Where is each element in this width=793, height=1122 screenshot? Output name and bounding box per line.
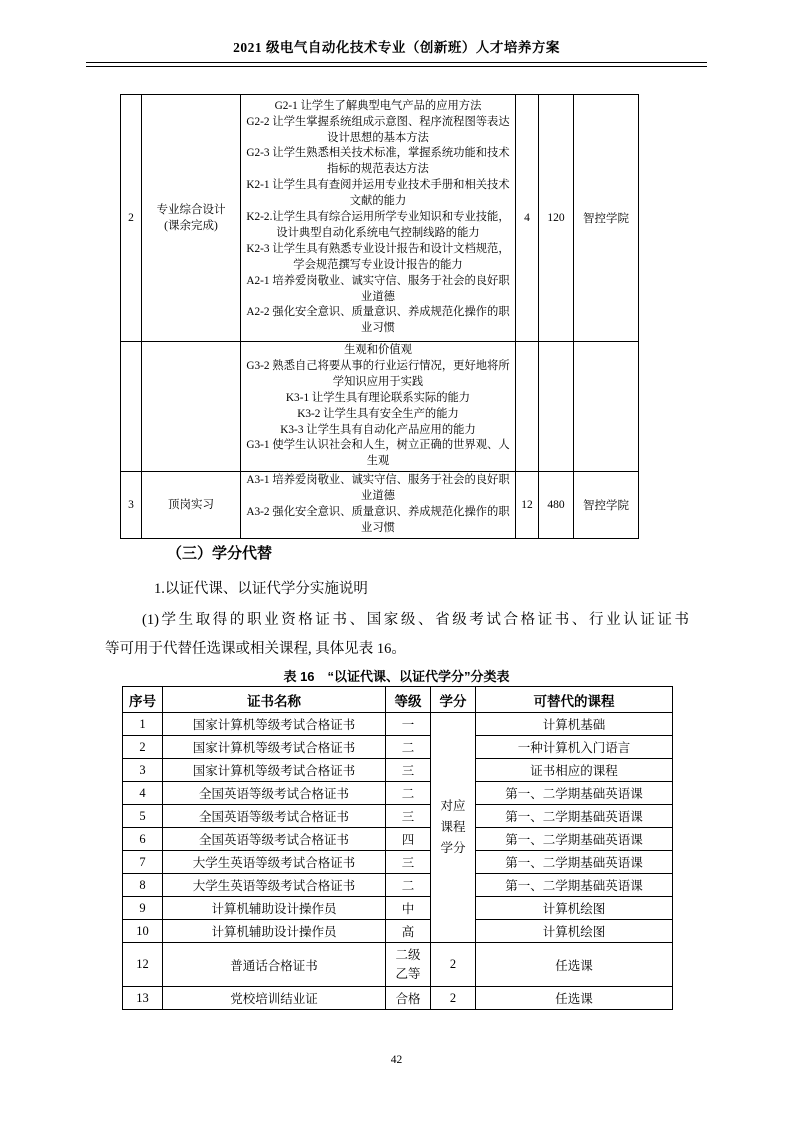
cert-no: 8 (123, 874, 163, 897)
cert-level: 二 (386, 874, 431, 897)
cert-name: 全国英语等级考试合格证书 (163, 782, 386, 805)
table16-caption: 表 16 “以证代课、以证代学分”分类表 (0, 666, 793, 685)
course-college: 智控学院 (574, 472, 639, 539)
course-name: 顶岗实习 (142, 472, 241, 539)
paragraph-line: (1)学生取得的职业资格证书、国家级、省级考试合格证书、行业认证证书 (105, 606, 689, 635)
course-objectives: G2-1 让学生了解典型电气产品的应用方法 G2-2 让学生掌握系统组成示意图、… (241, 95, 516, 342)
cert-course: 计算机基础 (476, 713, 673, 736)
header-rule (86, 62, 707, 67)
course-objectives-table: 2 专业综合设计 (课余完成) G2-1 让学生了解典型电气产品的应用方法 G2… (120, 94, 639, 539)
document-page: 2021 级电气自动化技术专业（创新班）人才培养方案 2 专业综合设计 (课余完… (0, 0, 793, 1122)
table-row: 8 大学生英语等级考试合格证书 二 第一、二学期基础英语课 (123, 874, 673, 897)
course-no: 3 (121, 472, 142, 539)
cert-level: 二级 乙等 (386, 943, 431, 987)
course-name: 专业综合设计 (课余完成) (142, 95, 241, 342)
course-credits (516, 342, 539, 472)
cert-no: 7 (123, 851, 163, 874)
cert-no: 10 (123, 920, 163, 943)
course-hours (539, 342, 574, 472)
cert-level: 中 (386, 897, 431, 920)
cert-no: 1 (123, 713, 163, 736)
paragraph-body: (1)学生取得的职业资格证书、国家级、省级考试合格证书、行业认证证书 等可用于代… (105, 606, 689, 664)
cert-level: 三 (386, 851, 431, 874)
table-row: 4 全国英语等级考试合格证书 二 第一、二学期基础英语课 (123, 782, 673, 805)
cert-level: 二 (386, 782, 431, 805)
cert-no: 5 (123, 805, 163, 828)
cert-course: 第一、二学期基础英语课 (476, 782, 673, 805)
table-row: 12 普通话合格证书 二级 乙等 2 任选课 (123, 943, 673, 987)
table-row: 10 计算机辅助设计操作员 高 计算机绘图 (123, 920, 673, 943)
cert-level: 三 (386, 759, 431, 782)
paragraph-line: 等可用于代替任选课或相关课程, 具体见表 16。 (105, 635, 689, 664)
cert-credit-merged: 对应 课程 学分 (431, 713, 476, 943)
cert-level: 三 (386, 805, 431, 828)
table-row: 6 全国英语等级考试合格证书 四 第一、二学期基础英语课 (123, 828, 673, 851)
cert-course: 第一、二学期基础英语课 (476, 805, 673, 828)
table-row: 9 计算机辅助设计操作员 中 计算机绘图 (123, 897, 673, 920)
cert-course: 计算机绘图 (476, 920, 673, 943)
cert-level: 二 (386, 736, 431, 759)
cert-level: 合格 (386, 987, 431, 1010)
table-row: 7 大学生英语等级考试合格证书 三 第一、二学期基础英语课 (123, 851, 673, 874)
cert-name: 党校培训结业证 (163, 987, 386, 1010)
cert-name: 计算机辅助设计操作员 (163, 920, 386, 943)
table-row: 13 党校培训结业证 合格 2 任选课 (123, 987, 673, 1010)
cert-credit: 2 (431, 943, 476, 987)
course-hours: 120 (539, 95, 574, 342)
header-no: 序号 (123, 687, 163, 713)
cert-level: 四 (386, 828, 431, 851)
cert-no: 2 (123, 736, 163, 759)
cert-course: 一种计算机入门语言 (476, 736, 673, 759)
page-number: 42 (0, 1054, 793, 1066)
cert-no: 3 (123, 759, 163, 782)
header-level: 等级 (386, 687, 431, 713)
table-row: 2 专业综合设计 (课余完成) G2-1 让学生了解典型电气产品的应用方法 G2… (121, 95, 639, 342)
cert-name: 国家计算机等级考试合格证书 (163, 759, 386, 782)
course-hours: 480 (539, 472, 574, 539)
cert-course: 第一、二学期基础英语课 (476, 851, 673, 874)
cert-name: 大学生英语等级考试合格证书 (163, 874, 386, 897)
cert-no: 6 (123, 828, 163, 851)
header-course: 可替代的课程 (476, 687, 673, 713)
course-college: 智控学院 (574, 95, 639, 342)
cert-course: 计算机绘图 (476, 897, 673, 920)
table-row: 2 国家计算机等级考试合格证书 二 一种计算机入门语言 (123, 736, 673, 759)
cert-course: 任选课 (476, 987, 673, 1010)
cert-name: 普通话合格证书 (163, 943, 386, 987)
header-credit: 学分 (431, 687, 476, 713)
course-objectives: A3-1 培养爱岗敬业、诚实守信、服务于社会的良好职业道德 A3-2 强化安全意… (241, 472, 516, 539)
cert-name: 全国英语等级考试合格证书 (163, 805, 386, 828)
cert-course: 任选课 (476, 943, 673, 987)
course-no (121, 342, 142, 472)
page-title: 2021 级电气自动化技术专业（创新班）人才培养方案 (0, 36, 793, 56)
table-header-row: 序号 证书名称 等级 学分 可替代的课程 (123, 687, 673, 713)
course-college (574, 342, 639, 472)
header-name: 证书名称 (163, 687, 386, 713)
table-row: 生观和价值观 G3-2 熟悉自己将要从事的行业运行情况，更好地将所学知识应用于实… (121, 342, 639, 472)
cert-name: 计算机辅助设计操作员 (163, 897, 386, 920)
cert-level: 一 (386, 713, 431, 736)
table-row: 3 国家计算机等级考试合格证书 三 证书相应的课程 (123, 759, 673, 782)
cert-level: 高 (386, 920, 431, 943)
credit-substitution-table: 序号 证书名称 等级 学分 可替代的课程 1 国家计算机等级考试合格证书 一 对… (122, 686, 673, 1010)
cert-credit: 2 (431, 987, 476, 1010)
course-no: 2 (121, 95, 142, 342)
cert-course: 第一、二学期基础英语课 (476, 828, 673, 851)
cert-name: 大学生英语等级考试合格证书 (163, 851, 386, 874)
section-heading: （三）学分代替 (167, 542, 272, 563)
cert-course: 证书相应的课程 (476, 759, 673, 782)
table-row: 1 国家计算机等级考试合格证书 一 对应 课程 学分 计算机基础 (123, 713, 673, 736)
cert-name: 国家计算机等级考试合格证书 (163, 713, 386, 736)
paragraph-intro: 1.以证代课、以证代学分实施说明 (154, 577, 368, 598)
table-row: 3 顶岗实习 A3-1 培养爱岗敬业、诚实守信、服务于社会的良好职业道德 A3-… (121, 472, 639, 539)
cert-course: 第一、二学期基础英语课 (476, 874, 673, 897)
cert-no: 12 (123, 943, 163, 987)
cert-no: 4 (123, 782, 163, 805)
cert-name: 国家计算机等级考试合格证书 (163, 736, 386, 759)
course-credits: 4 (516, 95, 539, 342)
course-objectives: 生观和价值观 G3-2 熟悉自己将要从事的行业运行情况，更好地将所学知识应用于实… (241, 342, 516, 472)
cert-no: 9 (123, 897, 163, 920)
table-row: 5 全国英语等级考试合格证书 三 第一、二学期基础英语课 (123, 805, 673, 828)
course-name (142, 342, 241, 472)
course-credits: 12 (516, 472, 539, 539)
cert-name: 全国英语等级考试合格证书 (163, 828, 386, 851)
cert-no: 13 (123, 987, 163, 1010)
